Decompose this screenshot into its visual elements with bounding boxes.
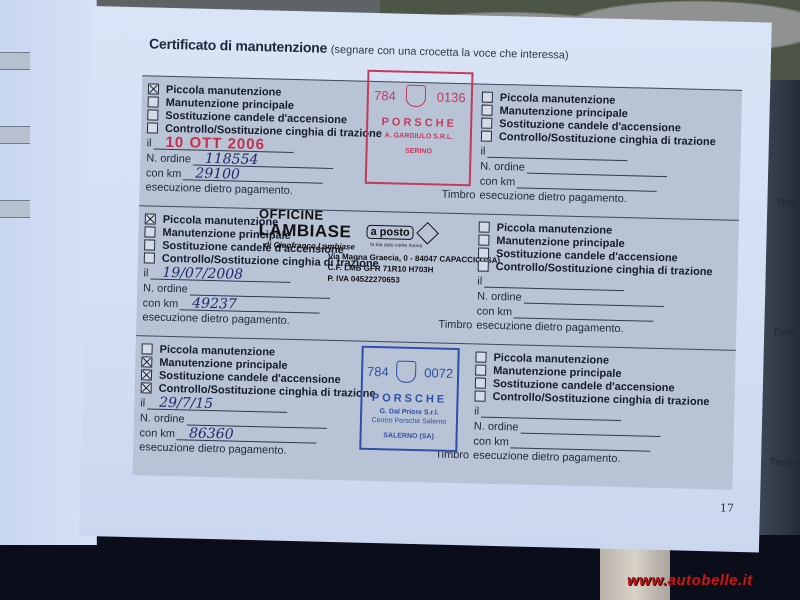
checkbox[interactable] [144, 252, 155, 263]
date-label: il [143, 267, 148, 279]
checkbox[interactable] [148, 83, 159, 94]
checkbox[interactable] [478, 261, 489, 272]
date-label: il [147, 137, 152, 149]
checkbox[interactable] [148, 96, 159, 107]
stamp-label: Timbro [772, 327, 800, 340]
maintenance-section: Piccola manutenzioneManutenzione princip… [133, 335, 736, 479]
payment-note: esecuzione dietro pagamento. [142, 311, 290, 327]
payment-note: esecuzione dietro pagamento. [139, 441, 287, 457]
subtitle-text: (segnare con una crocetta la voce che in… [331, 44, 569, 62]
maintenance-section: Piccola manutenzioneManutenzione princip… [136, 205, 739, 349]
checkbox[interactable] [141, 382, 152, 393]
maintenance-entry: Piccola manutenzioneManutenzione princip… [473, 350, 800, 469]
stamp-code-left: 784 [367, 363, 389, 379]
checkbox[interactable] [475, 364, 486, 375]
porsche-crest-icon [396, 361, 417, 383]
order-label: N. ordine [140, 412, 185, 425]
date-label: il [474, 405, 479, 417]
checkbox[interactable] [481, 105, 492, 116]
checkbox[interactable] [141, 369, 152, 380]
payment-note: esecuzione dietro pagamento. [145, 181, 293, 197]
aposto-logo: a postola tua auto come nuova [366, 224, 435, 242]
payment-note: esecuzione dietro pagamento. [476, 319, 624, 335]
maintenance-grid: Piccola manutenzioneManutenzione princip… [133, 75, 743, 490]
date-label: il [477, 275, 482, 287]
porsche-crest-icon [406, 85, 427, 107]
left-page-form-band [0, 52, 30, 70]
km-label: con km [146, 167, 182, 180]
km-value: 86360 [189, 426, 234, 443]
checkbox[interactable] [147, 109, 158, 120]
date-label: il [140, 397, 145, 409]
date-label: il [480, 146, 485, 158]
checkbox[interactable] [145, 213, 156, 224]
stamp-label: Timbro [769, 457, 800, 470]
km-value: 49237 [192, 296, 237, 313]
checkbox[interactable] [142, 343, 153, 354]
page-number: 17 [720, 501, 734, 514]
order-label: N. ordine [480, 161, 525, 174]
km-label: con km [143, 297, 179, 310]
stamp-label: Timbro [442, 189, 476, 202]
order-label: N. ordine [146, 152, 191, 165]
order-label: N. ordine [143, 282, 188, 295]
stamp-dealer-line2: Centro Porsche Salerno [362, 417, 456, 426]
checkbox[interactable] [478, 248, 489, 259]
stamp-code-left: 784 [374, 87, 396, 103]
stamp-dealer: A. GARGIULO S.R.L. [368, 132, 470, 141]
stamp-city: SALERNO (SA) [362, 432, 456, 441]
dealer-stamp: 7840136PORSCHEA. GARGIULO S.R.L.SERINO [365, 70, 474, 187]
checkbox[interactable] [478, 235, 489, 246]
stamp-label: Timbro [775, 197, 800, 210]
checkbox[interactable] [482, 92, 493, 103]
date-value: 19/07/2008 [162, 265, 243, 283]
date-value: 29/7/15 [159, 395, 213, 412]
maintenance-entry: Piccola manutenzioneManutenzione princip… [476, 221, 800, 340]
left-page-form-band [0, 200, 30, 218]
maintenance-section: Piccola manutenzioneManutenzione princip… [139, 75, 742, 219]
order-label: N. ordine [474, 420, 519, 433]
stamp-code-right: 0136 [437, 89, 466, 105]
right-page: Certificato di manutenzione (segnare con… [79, 6, 772, 552]
stamp-city: SERINO [367, 147, 469, 156]
stamp-code-right: 0072 [424, 365, 453, 381]
checkbox[interactable] [144, 239, 155, 250]
stamp-brand: PORSCHE [362, 392, 456, 406]
km-value: 29100 [195, 166, 240, 183]
km-label: con km [139, 427, 175, 440]
payment-note: esecuzione dietro pagamento. [479, 190, 627, 206]
km-label: con km [473, 435, 509, 448]
watermark: www.autobelle.it [627, 572, 753, 589]
checkbox[interactable] [479, 222, 490, 233]
aposto-tagline: la tua auto come nuova [370, 242, 422, 249]
page-title: Certificato di manutenzione (segnare con… [149, 35, 569, 61]
payment-note: esecuzione dietro pagamento. [473, 449, 621, 465]
order-label: N. ordine [477, 290, 522, 303]
maintenance-entry: Piccola manutenzioneManutenzione princip… [479, 91, 800, 210]
checkbox[interactable] [144, 226, 155, 237]
km-label: con km [480, 176, 516, 189]
left-page-form-band [0, 126, 30, 144]
stamp-dealer-line2 [368, 141, 470, 143]
checkbox[interactable] [474, 390, 485, 401]
checkbox[interactable] [475, 377, 486, 388]
title-text: Certificato di manutenzione [149, 35, 328, 55]
checkbox[interactable] [141, 356, 152, 367]
stamp-dealer: G. Dal Priore S.r.l. [362, 408, 456, 417]
checkbox[interactable] [147, 122, 158, 133]
checkbox[interactable] [481, 131, 492, 142]
km-label: con km [477, 305, 513, 318]
stamp-label: Timbro [438, 319, 472, 332]
aposto-logo-text: a posto [366, 225, 413, 240]
dealer-stamp: 7840072PORSCHEG. Dal Priore S.r.l.Centro… [359, 346, 460, 452]
checkbox[interactable] [475, 351, 486, 362]
stamp-brand: PORSCHE [368, 116, 470, 130]
checkbox[interactable] [481, 118, 492, 129]
